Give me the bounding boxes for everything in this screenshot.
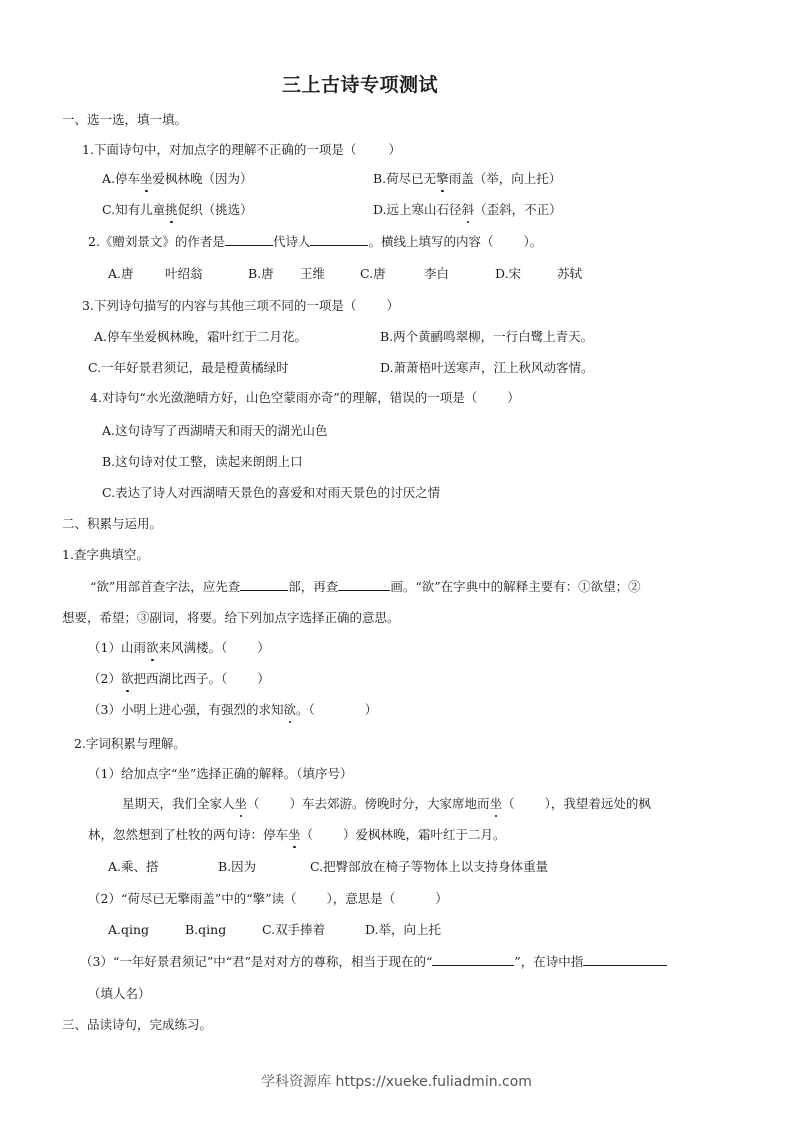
q1-a-post: 爱枫林晚（因为） — [153, 171, 253, 186]
s2-q2-sub1-option-a: A.乘、搭 — [108, 858, 159, 876]
q4-stem: 4.对诗句“水光潋滟晴方好，山色空蒙雨亦奇”的理解，错误的一项是（） — [90, 389, 520, 407]
page-title: 三上古诗专项测试 — [0, 70, 720, 97]
emphasis-char: 坐 — [140, 170, 153, 188]
answer-blank[interactable] — [225, 233, 273, 246]
q3-option-b: B.两个黄鹂鸣翠柳，一行白鹭上青天。 — [380, 328, 593, 346]
q1-option-b: B.荷尽已无擎雨盖（举，向上托） — [373, 170, 561, 188]
paren-open: （ — [301, 827, 314, 842]
s2-q2-sub2-option-b: B.qing — [185, 921, 226, 939]
q1-c-post: 促织（挑选） — [178, 202, 253, 217]
q4-stem-text: 4.对诗句“水光潋滟晴方好，山色空蒙雨亦奇”的理解，错误的一项是（ — [90, 390, 477, 405]
s2-q2-sub2-option-a: A.qing — [108, 921, 149, 939]
item-post: 把西湖比西子。（ — [133, 671, 227, 686]
q2-stem-b: 代诗人 — [273, 234, 311, 249]
s2-q2-sub3-note: （填人名） — [88, 985, 151, 1003]
s2-q2-sub2-option-c: C.双手捧着 — [262, 921, 325, 939]
s2-q2-heading: 2.字词积累与理解。 — [74, 735, 186, 753]
passage-text: 林，忽然想到了杜牧的两句诗：停车 — [88, 827, 288, 842]
q1-option-a: A.停车坐爱枫林晚（因为） — [102, 170, 253, 188]
q2-stem-c: 。横线上填写的内容（ — [368, 234, 493, 249]
passage-text: 星期天，我们全家人 — [122, 796, 235, 811]
para-a: “欲”用部首查字法，应先查 — [90, 579, 240, 594]
emphasis-char: 欲 — [146, 639, 159, 657]
q2-opt-b-dynasty: B.唐 — [248, 265, 274, 283]
emphasis-char: 擎 — [436, 170, 449, 188]
item-post: 来风满楼。（ — [158, 640, 227, 655]
q3-option-d: D.萧萧梧叶送寒声，江上秋风动客情。 — [380, 359, 594, 377]
q1-option-c: C.知有儿童挑促织（挑选） — [102, 201, 253, 219]
q4-stem-end: ） — [507, 390, 520, 405]
answer-blank[interactable] — [338, 578, 390, 591]
s2-q2-sub2-stem: （2）“荷尽已无擎雨盖”中的“擎”读（），意思是（） — [88, 890, 448, 908]
q1-d-post: （歪斜，不正） — [474, 202, 562, 217]
emphasis-char: 坐 — [235, 795, 248, 813]
section-1-heading: 一、选一选，填一填。 — [62, 111, 187, 129]
s2-q1-item-3: （3）小明上进心强，有强烈的求知欲。（） — [88, 701, 377, 719]
q2-stem-a: 2.《赠刘景文》的作者是 — [88, 234, 225, 249]
s2-q2-sub1-option-b: B.因为 — [218, 858, 256, 876]
sub3-stem-a: （3）“一年好景君须记”中“君”是对对方的尊称，相当于现在的“ — [80, 954, 432, 969]
s2-q1-item-2: （2）欲把西湖比西子。（） — [88, 670, 270, 688]
q2-opt-b-poet: 王维 — [300, 265, 325, 283]
s2-q1-paragraph-line1: “欲”用部首查字法，应先查部，再查画。“欲”在字典中的解释主要有：①欲望；② — [90, 578, 641, 596]
q2-opt-a-poet: 叶绍翁 — [165, 265, 203, 283]
item-post: 。（ — [296, 702, 315, 717]
q1-a-pre: A.停车 — [102, 171, 140, 186]
answer-blank[interactable] — [432, 953, 514, 966]
passage-text: ）爱枫林晚，霜叶红于二月。 — [343, 827, 506, 842]
emphasis-char: 欲 — [121, 670, 134, 688]
item-end: ） — [257, 671, 270, 686]
s2-q2-sub1-option-c: C.把臀部放在椅子等物体上以支持身体重量 — [310, 858, 548, 876]
q2-stem: 2.《赠刘景文》的作者是代诗人。横线上填写的内容（）。 — [88, 233, 542, 251]
q1-option-d: D.远上寒山石径斜（歪斜，不正） — [373, 201, 562, 219]
s2-q2-sub2-option-d: D.举，向上托 — [365, 921, 441, 939]
item-end: ） — [257, 640, 270, 655]
para-b: 部，再查 — [288, 579, 338, 594]
s2-q2-sub3-stem: （3）“一年好景君须记”中“君”是对对方的尊称，相当于现在的“”，在诗中指 — [80, 953, 667, 971]
sub2-stem-c: ） — [435, 891, 448, 906]
emphasis-char: 欲 — [283, 701, 296, 719]
paren-open: （ — [502, 796, 515, 811]
s2-q2-sub1-passage-line1: 星期天，我们全家人坐（）车去郊游。傍晚时分，大家席地而坐（），我望着远处的枫 — [122, 795, 651, 813]
q1-stem-text: 1.下面诗句中，对加点字的理解不正确的一项是（ — [82, 142, 356, 157]
emphasis-char: 挑 — [165, 201, 178, 219]
item-pre: （2） — [88, 671, 121, 686]
s2-q2-sub1-passage-line2: 林，忽然想到了杜牧的两句诗：停车坐（）爱枫林晚，霜叶红于二月。 — [88, 826, 506, 844]
section-2-heading: 二、积累与运用。 — [62, 515, 162, 533]
q3-stem: 3.下列诗句描写的内容与其他三项不同的一项是（） — [82, 297, 399, 315]
s2-q1-item-1: （1）山雨欲来风满楼。（） — [88, 639, 270, 657]
q1-c-pre: C.知有儿童 — [102, 202, 165, 217]
q2-opt-c-poet: 李白 — [424, 265, 449, 283]
q4-option-c: C.表达了诗人对西湖晴天景色的喜爱和对雨天景色的讨厌之情 — [102, 484, 440, 502]
para-c: 画。“欲”在字典中的解释主要有：①欲望；② — [390, 579, 640, 594]
section-3-heading: 三、品读诗句，完成练习。 — [62, 1016, 212, 1034]
s2-q1-paragraph-line2: 想要，希望；③副词，将要。给下列加点字选择正确的意思。 — [62, 609, 400, 627]
emphasis-char: 斜 — [462, 201, 475, 219]
q3-stem-text: 3.下列诗句描写的内容与其他三项不同的一项是（ — [82, 298, 356, 313]
q1-d-pre: D.远上寒山石径 — [373, 202, 462, 217]
q3-option-c: C.一年好景君须记，最是橙黄橘绿时 — [88, 359, 289, 377]
q2-opt-d-poet: 苏轼 — [557, 265, 582, 283]
sub2-stem-b: ），意思是（ — [327, 891, 396, 906]
passage-text: ）车去郊游。傍晚时分，大家席地而 — [290, 796, 490, 811]
item-pre: （1）山雨 — [88, 640, 146, 655]
q3-stem-end: ） — [386, 298, 399, 313]
item-pre: （3）小明上进心强，有强烈的求知 — [88, 702, 283, 717]
answer-blank[interactable] — [310, 233, 368, 246]
q1-stem: 1.下面诗句中，对加点字的理解不正确的一项是（） — [82, 141, 401, 159]
s2-q2-sub1-heading: （1）给加点字“坐”选择正确的解释。（填序号） — [88, 765, 353, 783]
q2-opt-a-dynasty: A.唐 — [108, 265, 134, 283]
q2-stem-d: ）。 — [523, 234, 542, 249]
emphasis-char: 坐 — [288, 826, 301, 844]
q1-b-pre: B.荷尽已无 — [373, 171, 436, 186]
emphasis-char: 坐 — [490, 795, 503, 813]
q2-opt-c-dynasty: C.唐 — [360, 265, 386, 283]
answer-blank[interactable] — [240, 578, 288, 591]
item-end: ） — [365, 702, 378, 717]
q1-b-post: 雨盖（举，向上托） — [449, 171, 562, 186]
paren-open: （ — [247, 796, 260, 811]
q1-stem-end: ） — [388, 142, 401, 157]
passage-text: ），我望着远处的枫 — [545, 796, 651, 811]
q3-option-a: A.停车坐爱枫林晚，霜叶红于二月花。 — [94, 328, 307, 346]
sub2-stem-a: （2）“荷尽已无擎雨盖”中的“擎”读（ — [88, 891, 297, 906]
s2-q1-heading: 1.查字典填空。 — [62, 546, 149, 564]
answer-blank[interactable] — [583, 953, 667, 966]
sub3-stem-b: ”，在诗中指 — [514, 954, 583, 969]
footer-watermark: 学科资源库 https://xueke.fuliadmin.com — [0, 1071, 793, 1091]
q4-option-b: B.这句诗对仗工整，读起来朗朗上口 — [102, 453, 303, 471]
q4-option-a: A.这句诗写了西湖晴天和雨天的湖光山色 — [102, 422, 328, 440]
q2-opt-d-dynasty: D.宋 — [495, 265, 521, 283]
